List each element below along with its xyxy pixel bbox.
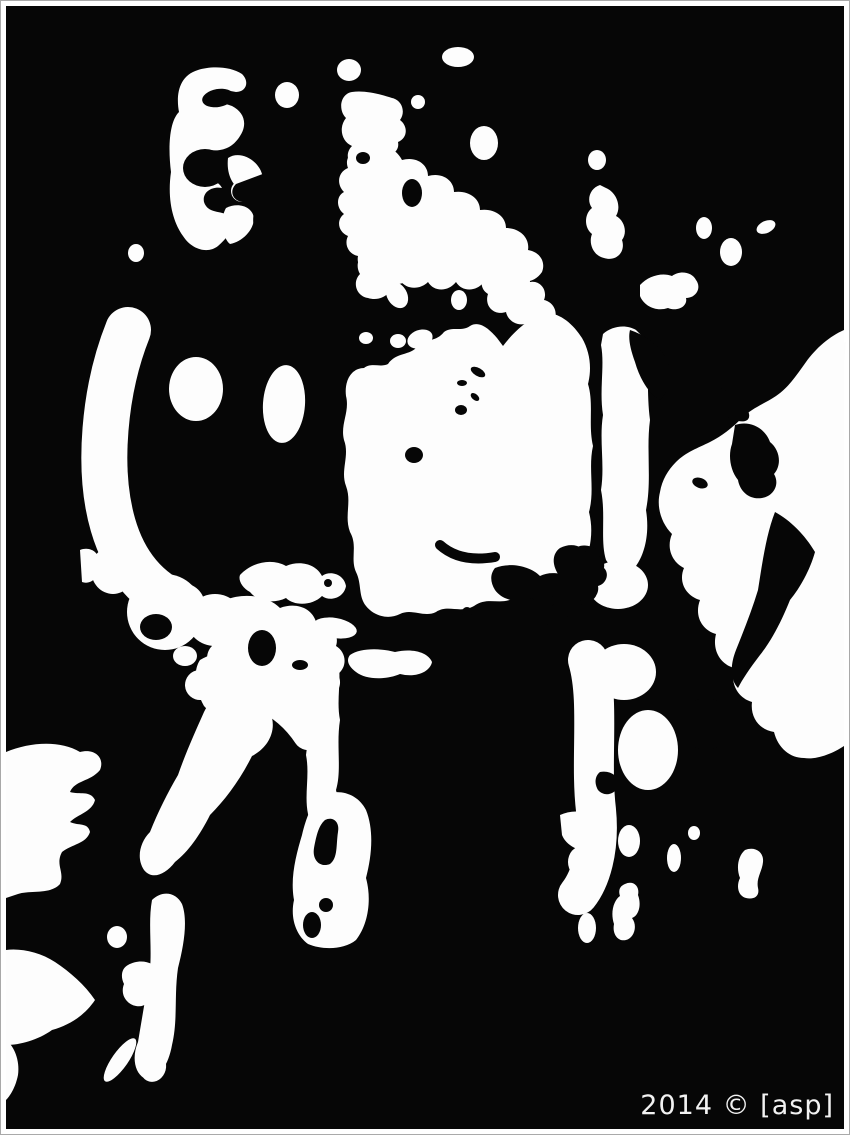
threshold-artwork-svg (0, 0, 850, 1135)
artwork-stage: 2014 © [asp] (0, 0, 850, 1135)
copyright-caption: 2014 © [asp] (640, 1090, 834, 1121)
